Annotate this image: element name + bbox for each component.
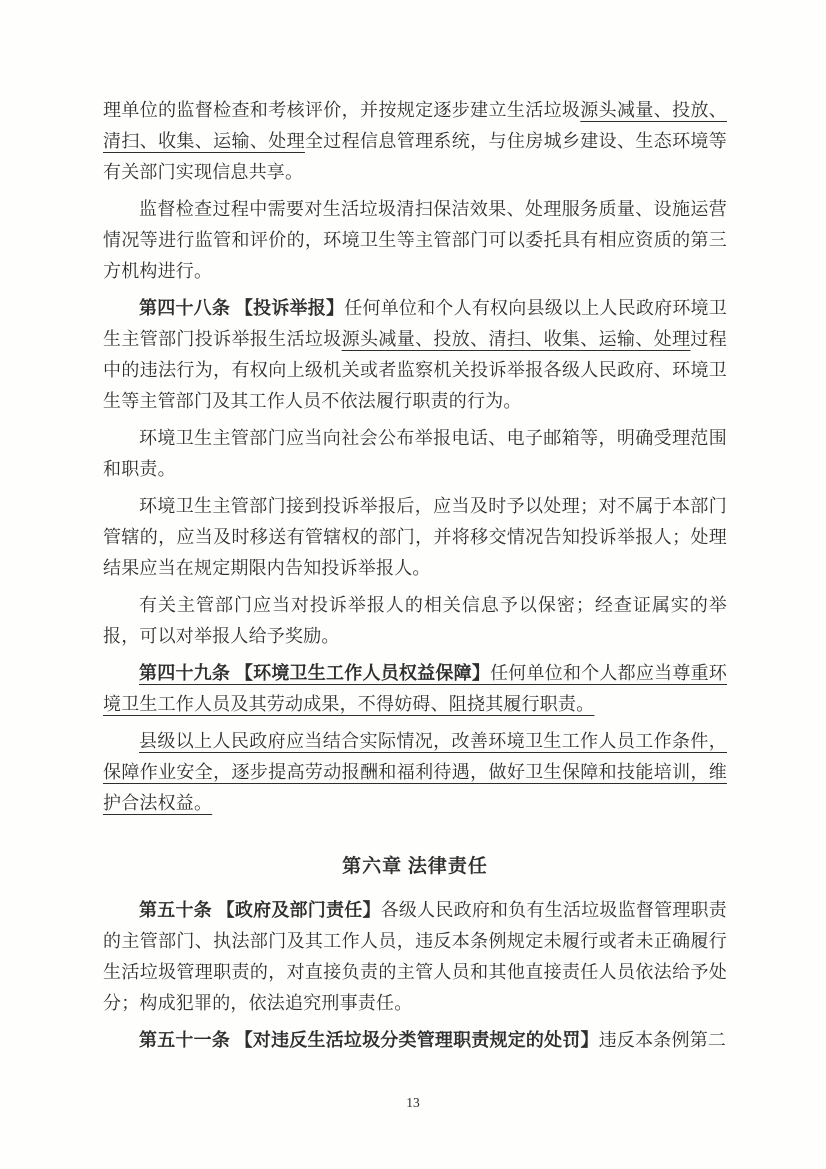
- paragraph: 监督检查过程中需要对生活垃圾清扫保洁效果、处理服务质量、设施运营情况等进行监管和…: [103, 194, 727, 287]
- paragraph: 县级以上人民政府应当结合实际情况，改善环境卫生工作人员工作条件，保障作业安全，逐…: [103, 726, 727, 819]
- text-run: 第六章 法律责任: [342, 856, 488, 877]
- text-run: 违反本条例第二: [599, 1030, 726, 1050]
- paragraph: 理单位的监督检查和考核评价，并按规定逐步建立生活垃圾源头减量、投放、清扫、收集、…: [103, 95, 727, 188]
- text-run: 第四十八条 【投诉举报】: [139, 298, 344, 318]
- text-run: 第五十条 【政府及部门责任】: [139, 900, 381, 920]
- text-run: 环境卫生主管部门应当向社会公布举报电话、电子邮箱等，明确受理范围和职责。: [103, 428, 727, 479]
- text-run: 第四十九条 【环境卫生工作人员权益保障】: [139, 663, 490, 683]
- text-run: 环境卫生主管部门接到投诉举报后，应当及时予以处理；对不属于本部门管辖的，应当及时…: [103, 496, 727, 578]
- paragraph: 环境卫生主管部门应当向社会公布举报电话、电子邮箱等，明确受理范围和职责。: [103, 423, 727, 485]
- paragraph: 有关主管部门应当对投诉举报人的相关信息予以保密；经查证属实的举报，可以对举报人给…: [103, 590, 727, 652]
- chapter-heading: 第六章 法律责任: [103, 851, 727, 882]
- paragraph: 第四十八条 【投诉举报】任何单位和个人有权向县级以上人民政府环境卫生主管部门投诉…: [103, 293, 727, 417]
- text-run: 监督检查过程中需要对生活垃圾清扫保洁效果、处理服务质量、设施运营情况等进行监管和…: [103, 199, 727, 281]
- text-run: 理单位的监督检查和考核评价，并按规定逐步建立生活垃圾: [103, 100, 580, 120]
- paragraph: 第五十条 【政府及部门责任】各级人民政府和负有生活垃圾监督管理职责的主管部门、执…: [103, 895, 727, 1019]
- text-run: 第五十一条 【对违反生活垃圾分类管理职责规定的处罚】: [139, 1030, 599, 1050]
- paragraph: 环境卫生主管部门接到投诉举报后，应当及时予以处理；对不属于本部门管辖的，应当及时…: [103, 491, 727, 584]
- paragraph: 第四十九条 【环境卫生工作人员权益保障】任何单位和个人都应当尊重环境卫生工作人员…: [103, 658, 727, 720]
- text-run: 源头减量、投放、清扫、收集、运输、处理: [342, 329, 691, 349]
- document-content: 理单位的监督检查和考核评价，并按规定逐步建立生活垃圾源头减量、投放、清扫、收集、…: [103, 95, 727, 1062]
- text-run: 有关主管部门应当对投诉举报人的相关信息予以保密；经查证属实的举报，可以对举报人给…: [103, 595, 727, 646]
- text-run: 县级以上人民政府应当结合实际情况，改善环境卫生工作人员工作条件，保障作业安全，逐…: [103, 731, 727, 813]
- page-number: 13: [0, 1095, 826, 1111]
- paragraph: 第五十一条 【对违反生活垃圾分类管理职责规定的处罚】违反本条例第二: [103, 1025, 727, 1056]
- document-page: 理单位的监督检查和考核评价，并按规定逐步建立生活垃圾源头减量、投放、清扫、收集、…: [0, 0, 826, 1169]
